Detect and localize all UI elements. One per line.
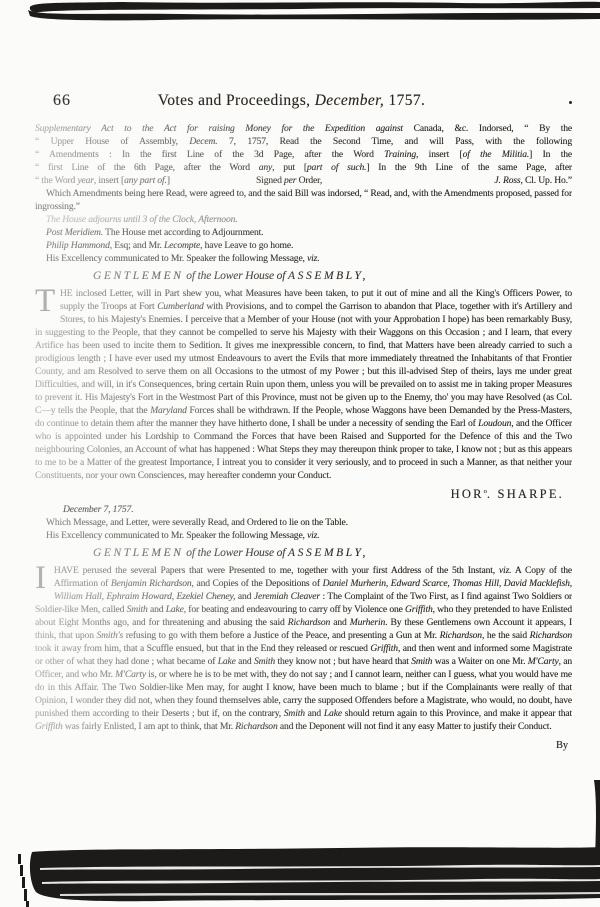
paragraph-amendments-agreed: Which Amendments being here Read, were a… [35, 187, 572, 213]
message-read-line: Which Message, and Letter, were severall… [35, 516, 572, 529]
page-title: Votes and Proceedings, December, 1757. [71, 94, 512, 107]
governor-message-1: THE inclosed Letter, will in Part shew y… [35, 287, 572, 482]
paragraph-supplementary-act: Supplementary Act to the Act for raising… [35, 122, 572, 187]
clerk-attestation: J. Ross, Cl. Up. Ho.” [494, 174, 572, 187]
leave-to-go-home-line: Philip Hammond, Esq; and Mr. Lecompte, h… [35, 239, 572, 252]
signed-per-order: Signed per Order, [256, 174, 322, 187]
supplementary-line: “ Upper House of Assembly, Decem. 7, 175… [35, 135, 572, 148]
supplementary-signed-line: “ the Word year, insert [any part of.] S… [35, 174, 572, 187]
governor-message-2: IHAVE perused the several Papers that we… [35, 564, 572, 733]
page-number: 66 [53, 94, 71, 107]
governor-message-1-text: HE inclosed Letter, will in Part shew yo… [35, 288, 572, 481]
scan-edge-right [588, 780, 600, 860]
supplementary-line: “ first Line of the 6th Page, after the … [35, 161, 572, 174]
catchword: By [35, 739, 568, 752]
drop-cap-I: I [35, 564, 54, 591]
gentlemen-heading-1: GENTLEMEN of the Lower House of ASSEMBLY… [93, 270, 572, 283]
drop-cap-T: T [35, 287, 60, 314]
governor-message-2-text: HAVE perused the several Papers that wer… [35, 565, 572, 732]
excellency-message-line-2: His Excellency communicated to Mr. Speak… [35, 529, 572, 542]
adjournment-line: The House adjourns until 3 of the Clock,… [35, 213, 572, 226]
supplementary-insert-text: “ the Word year, insert [any part of.] [35, 174, 170, 187]
scan-edge-bottom [0, 838, 600, 907]
scan-edge-top [0, 0, 600, 24]
supplementary-line: Supplementary Act to the Act for raising… [35, 122, 572, 135]
post-meridiem-line: Post Meridiem. The House met according t… [35, 226, 572, 239]
supplementary-line: “ Amendments : In the first Line of the … [35, 148, 572, 161]
running-header: 66 Votes and Proceedings, December, 1757… [35, 94, 572, 107]
page-text-column: 66 Votes and Proceedings, December, 1757… [35, 94, 572, 752]
excellency-message-line-1: His Excellency communicated to Mr. Speak… [35, 252, 572, 265]
dateline: December 7, 1757. [63, 503, 572, 516]
scanned-document-page: { "colors": { "ink": "#2b2620", "paper":… [0, 0, 600, 907]
signature-hor-sharpe: HORo. SHARPE. [35, 485, 564, 501]
gentlemen-heading-2: GENTLEMEN of the Lower House of ASSEMBLY… [93, 547, 572, 560]
